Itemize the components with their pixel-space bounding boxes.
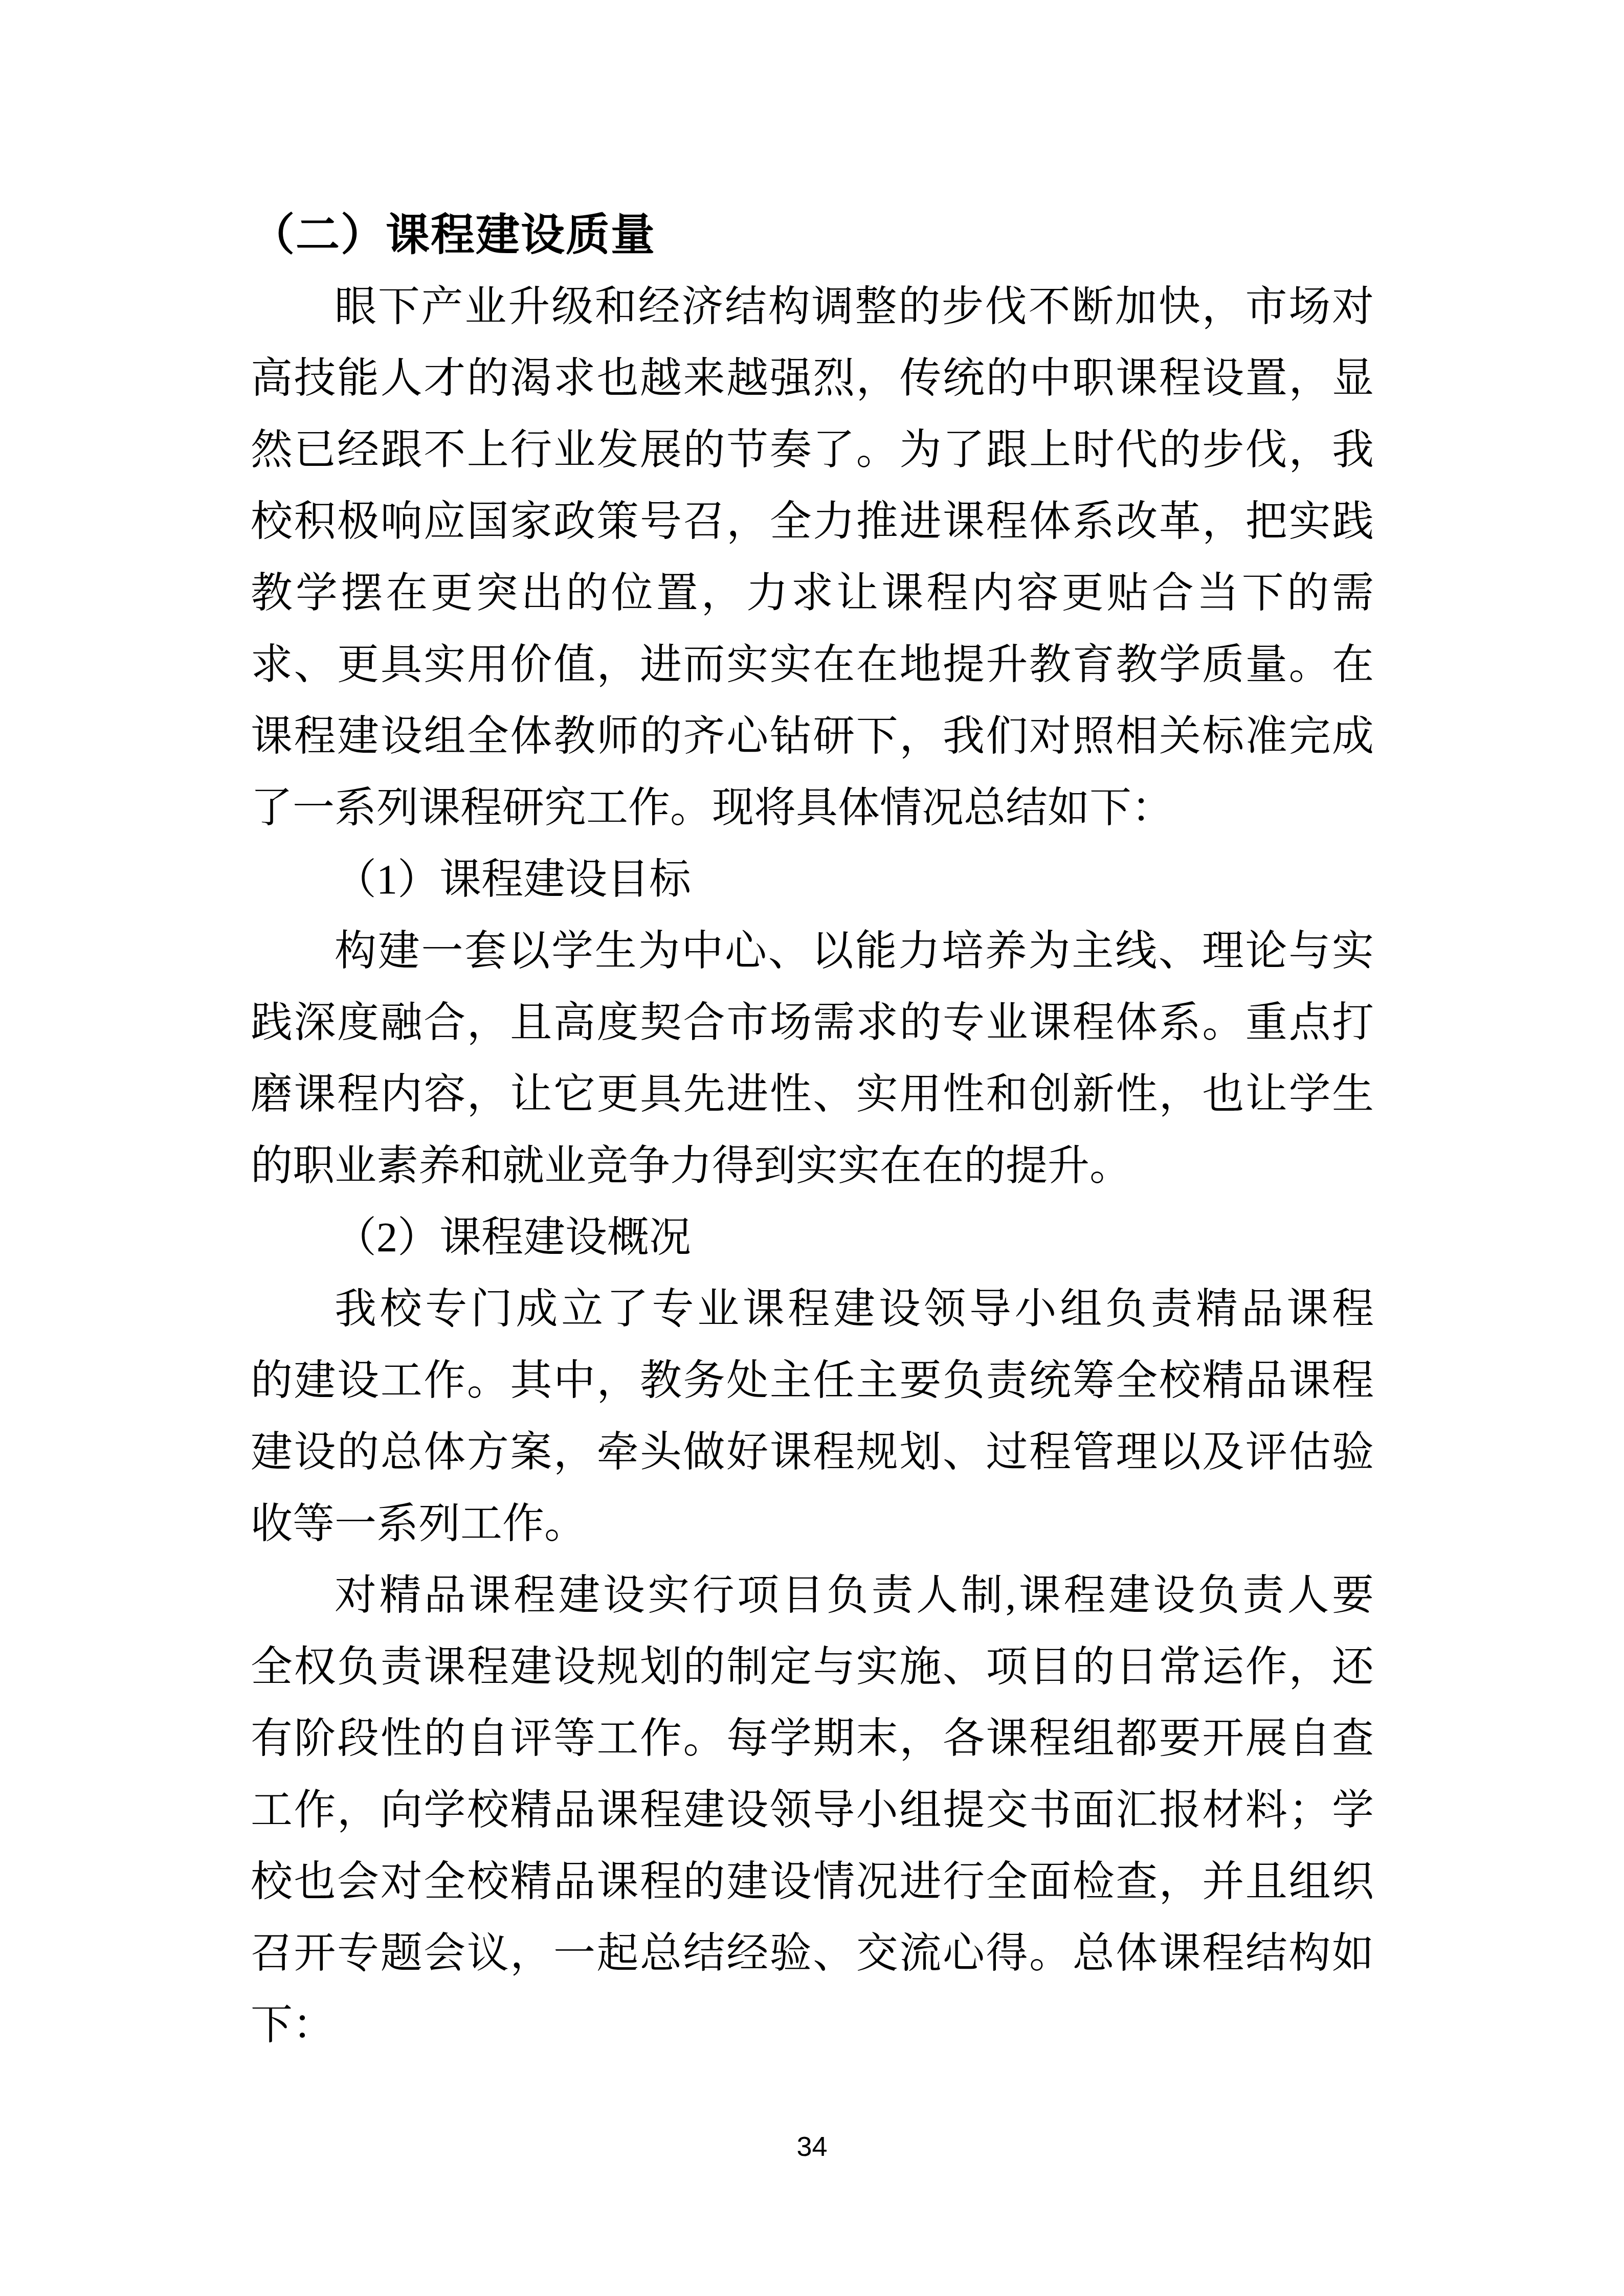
body-line: 下： xyxy=(251,1989,1374,2061)
document-page: （二）课程建设质量 眼下产业升级和经济结构调整的步伐不断加快，市场对 高技能人才… xyxy=(0,0,1624,2296)
body-line: 校也会对全校精品课程的建设情况进行全面检查，并且组织 xyxy=(251,1846,1374,1918)
body-line: 校积极响应国家政策号召，全力推进课程体系改革，把实践 xyxy=(251,486,1374,557)
section-heading: （二）课程建设质量 xyxy=(251,199,1374,271)
sub-heading: （1）课程建设目标 xyxy=(251,844,1374,915)
body-line: 建设的总体方案，牵头做好课程规划、过程管理以及评估验 xyxy=(251,1416,1374,1488)
body-line: 然已经跟不上行业发展的节奏了。为了跟上时代的步伐，我 xyxy=(251,414,1374,486)
page-number: 34 xyxy=(0,2131,1624,2162)
body-line: 高技能人才的渴求也越来越强烈，传统的中职课程设置，显 xyxy=(251,343,1374,414)
body-line: 践深度融合，且高度契合市场需求的专业课程体系。重点打 xyxy=(251,987,1374,1059)
body-line: 磨课程内容，让它更具先进性、实用性和创新性，也让学生 xyxy=(251,1059,1374,1130)
body-line: 对精品课程建设实行项目负责人制,课程建设负责人要 xyxy=(251,1560,1374,1631)
body-line: 构建一套以学生为中心、以能力培养为主线、理论与实 xyxy=(251,915,1374,987)
body-line: 我校专门成立了专业课程建设领导小组负责精品课程 xyxy=(251,1273,1374,1345)
body-line: 课程建设组全体教师的齐心钻研下，我们对照相关标准完成 xyxy=(251,701,1374,772)
body-line: 有阶段性的自评等工作。每学期末，各课程组都要开展自查 xyxy=(251,1703,1374,1774)
body-line: 的职业素养和就业竞争力得到实实在在的提升。 xyxy=(251,1130,1374,1202)
body-line: 求、更具实用价值，进而实实在在地提升教育教学质量。在 xyxy=(251,629,1374,701)
body-line: 全权负责课程建设规划的制定与实施、项目的日常运作，还 xyxy=(251,1631,1374,1703)
body-line: 召开专题会议，一起总结经验、交流心得。总体课程结构如 xyxy=(251,1918,1374,1989)
body-line: 教学摆在更突出的位置，力求让课程内容更贴合当下的需 xyxy=(251,557,1374,629)
text-body: （二）课程建设质量 眼下产业升级和经济结构调整的步伐不断加快，市场对 高技能人才… xyxy=(251,199,1374,2061)
sub-heading: （2）课程建设概况 xyxy=(251,1202,1374,1273)
body-line: 收等一系列工作。 xyxy=(251,1488,1374,1560)
body-line: 眼下产业升级和经济结构调整的步伐不断加快，市场对 xyxy=(251,271,1374,343)
body-line: 的建设工作。其中，教务处主任主要负责统筹全校精品课程 xyxy=(251,1345,1374,1416)
body-line: 了一系列课程研究工作。现将具体情况总结如下： xyxy=(251,772,1374,844)
body-line: 工作，向学校精品课程建设领导小组提交书面汇报材料；学 xyxy=(251,1774,1374,1846)
